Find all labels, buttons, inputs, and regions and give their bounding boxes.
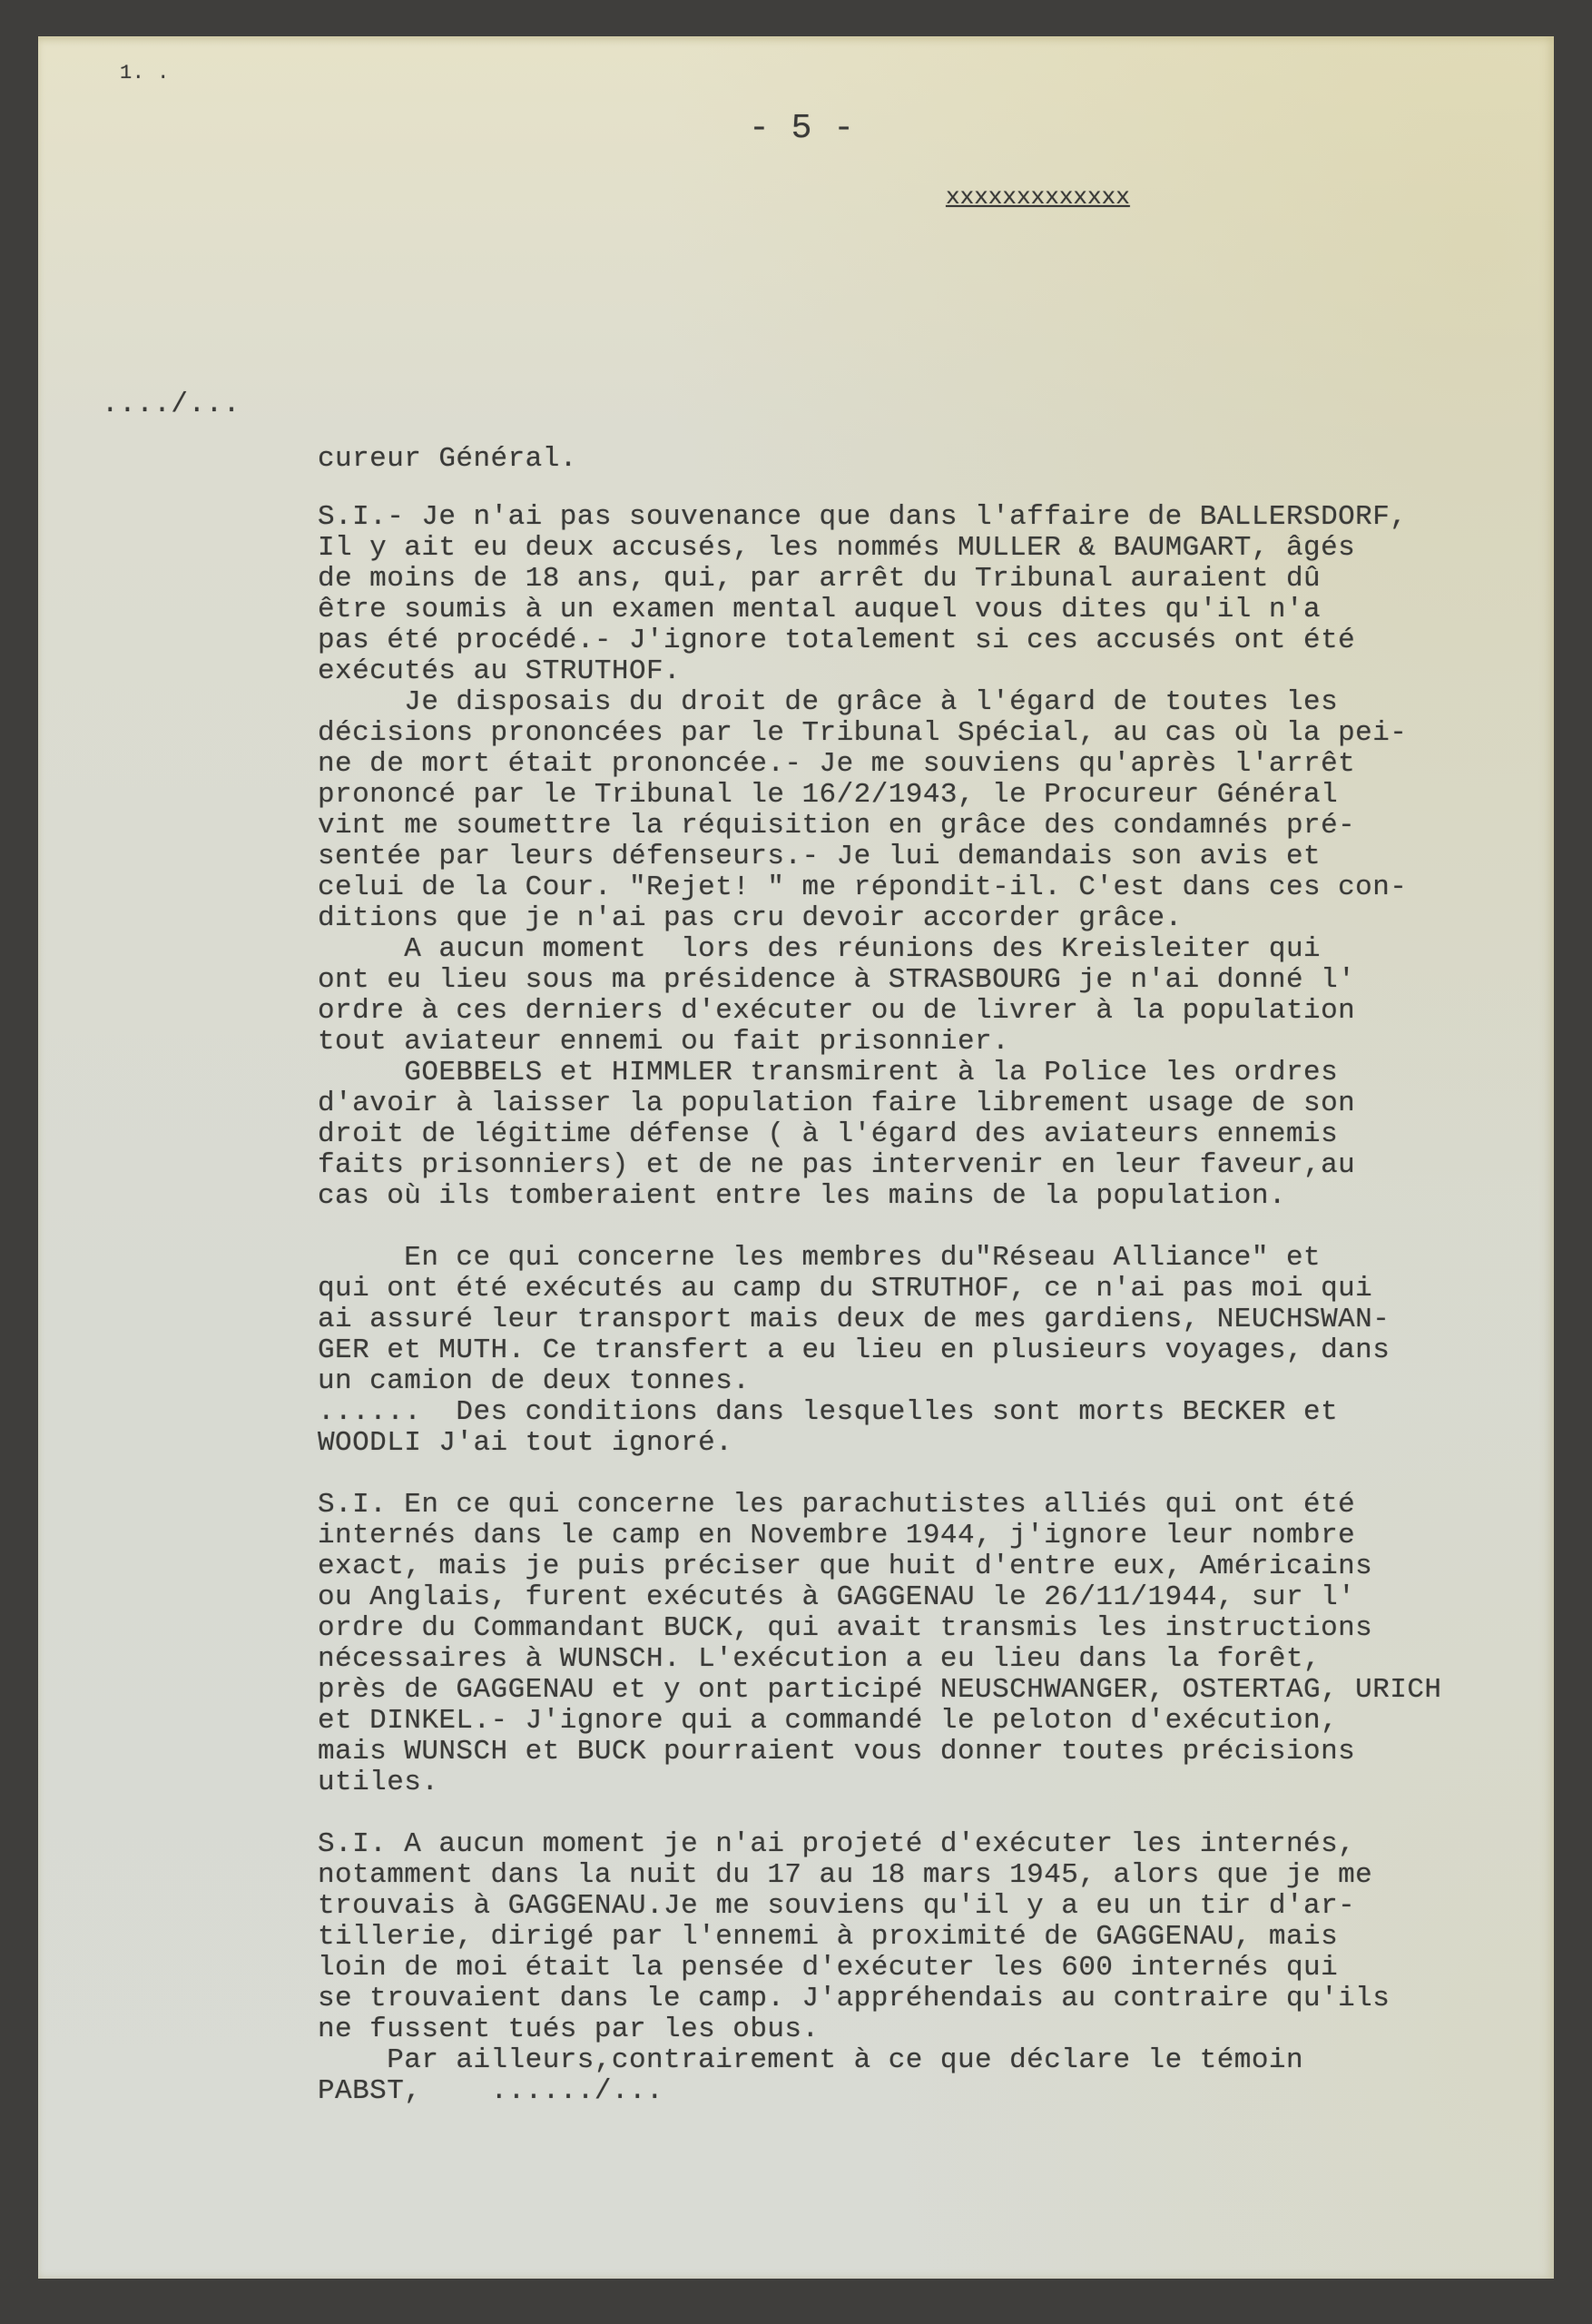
page-number: - 5 -: [749, 109, 855, 148]
text-line: S.I. A aucun moment je n'ai projeté d'ex…: [318, 1828, 1355, 1860]
text-line: ordre à ces derniers d'exécuter ou de li…: [318, 995, 1355, 1027]
text-line: prononcé par le Tribunal le 16/2/1943, l…: [318, 779, 1338, 811]
text-line: loin de moi était la pensée d'exécuter l…: [318, 1952, 1338, 1984]
text-line: cas où ils tomberaient entre les mains d…: [318, 1180, 1286, 1212]
text-line: Il y ait eu deux accusés, les nommés MUL…: [318, 532, 1355, 564]
text-line: ditions que je n'ai pas cru devoir accor…: [318, 902, 1183, 934]
text-line: tout aviateur ennemi ou fait prisonnier.: [318, 1026, 1009, 1058]
text-line: ou Anglais, furent exécutés à GAGGENAU l…: [318, 1581, 1355, 1613]
text-line: mais WUNSCH et BUCK pourraient vous donn…: [318, 1736, 1355, 1768]
text-line: qui ont été exécutés au camp du STRUTHOF…: [318, 1273, 1372, 1305]
text-line: être soumis à un examen mental auquel vo…: [318, 594, 1321, 625]
text-line: exécutés au STRUTHOF.: [318, 655, 681, 687]
text-line: GER et MUTH. Ce transfert a eu lieu en p…: [318, 1334, 1390, 1366]
text-line: et DINKEL.- J'ignore qui a commandé le p…: [318, 1705, 1338, 1737]
text-line: ai assuré leur transport mais deux de me…: [318, 1304, 1390, 1335]
text-line: ont eu lieu sous ma présidence à STRASBO…: [318, 964, 1355, 996]
text-line: A aucun moment lors des réunions des Kre…: [318, 933, 1321, 965]
text-line: ordre du Commandant BUCK, qui avait tran…: [318, 1612, 1372, 1644]
text-line: trouvais à GAGGENAU.Je me souviens qu'il…: [318, 1890, 1355, 1922]
text-line: notamment dans la nuit du 17 au 18 mars …: [318, 1859, 1372, 1891]
text-line: près de GAGGENAU et y ont participé NEUS…: [318, 1674, 1441, 1706]
text-line: GOEBBELS et HIMMLER transmirent à la Pol…: [318, 1057, 1338, 1088]
text-line: ne de mort était prononcée.- Je me souvi…: [318, 748, 1355, 780]
text-line: En ce qui concerne les membres du"Réseau…: [318, 1242, 1321, 1274]
text-line: droit de légitime défense ( à l'égard de…: [318, 1118, 1338, 1150]
text-line: ne fussent tués par les obus.: [318, 2014, 820, 2045]
text-line: exact, mais je puis préciser que huit d'…: [318, 1551, 1372, 1582]
text-line: tillerie, dirigé par l'ennemi à proximit…: [318, 1921, 1338, 1953]
text-line: Par ailleurs,contrairement à ce que décl…: [318, 2044, 1303, 2076]
text-line: nécessaires à WUNSCH. L'exécution a eu l…: [318, 1643, 1321, 1675]
redaction-mark: xxxxxxxxxxxxx: [946, 183, 1130, 211]
text-line: celui de la Cour. "Rejet! " me répondit-…: [318, 871, 1407, 903]
text-line: ...... Des conditions dans lesquelles so…: [318, 1396, 1338, 1428]
text-line: faits prisonniers) et de ne pas interven…: [318, 1149, 1355, 1181]
text-line: un camion de deux tonnes.: [318, 1365, 750, 1397]
continuation-marker-top: ..../...: [102, 389, 241, 420]
text-line: WOODLI J'ai tout ignoré.: [318, 1427, 732, 1459]
text-line: sentée par leurs défenseurs.- Je lui dem…: [318, 841, 1321, 872]
text-line: se trouvaient dans le camp. J'appréhenda…: [318, 1983, 1390, 2014]
text-line: Je disposais du droit de grâce à l'égard…: [318, 686, 1338, 718]
text-line: S.I.- Je n'ai pas souvenance que dans l'…: [318, 501, 1407, 533]
text-line: pas été procédé.- J'ignore totalement si…: [318, 625, 1355, 656]
continuation-marker-bottom: PABST, ....../...: [318, 2075, 663, 2107]
text-line: utiles.: [318, 1767, 438, 1798]
text-line: internés dans le camp en Novembre 1944, …: [318, 1520, 1355, 1551]
text-line: décisions prononcées par le Tribunal Spé…: [318, 717, 1407, 749]
text-line: vint me soumettre la réquisition en grâc…: [318, 810, 1355, 842]
corner-mark: 1. .: [120, 62, 170, 84]
text-line: d'avoir à laisser la population faire li…: [318, 1088, 1355, 1119]
text-line: S.I. En ce qui concerne les parachutiste…: [318, 1489, 1355, 1521]
opening-fragment: cureur Général.: [318, 443, 577, 475]
text-line: de moins de 18 ans, qui, par arrêt du Tr…: [318, 563, 1321, 595]
